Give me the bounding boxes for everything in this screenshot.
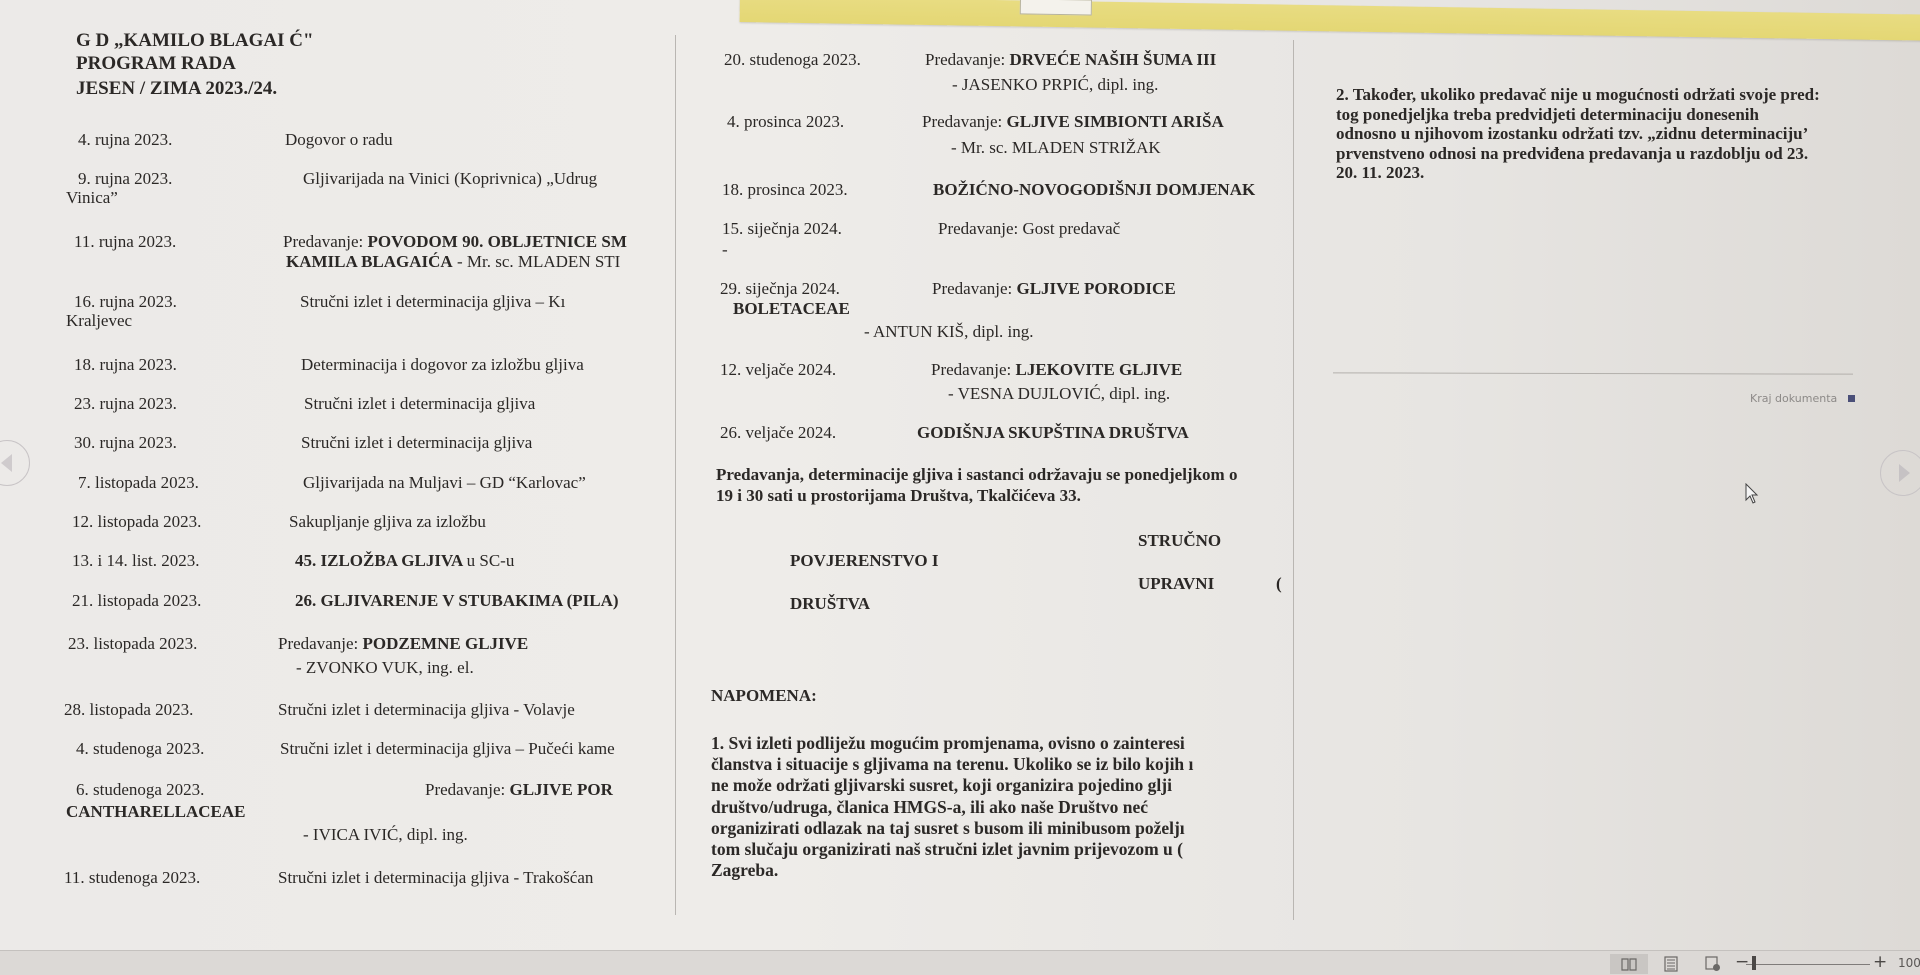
entry-continuation: Vinica”: [66, 188, 118, 207]
napomena-note-1-line: 1. Svi izleti podliježu mogućim promjena…: [711, 734, 1289, 753]
previous-page-button[interactable]: [0, 440, 30, 486]
web-layout-button[interactable]: [1694, 954, 1732, 974]
entry-date: 11. studenoga 2023.: [64, 868, 200, 887]
entry-date: 12. veljače 2024.: [720, 360, 836, 379]
notification-banner: [740, 0, 1920, 41]
entry-continuation: BOLETACEAE: [733, 299, 850, 318]
entry-description: Predavanje: Gost predavač: [938, 219, 1120, 238]
entry-date: 20. studenoga 2023.: [724, 50, 861, 69]
entry-line2: - ZVONKO VUK, ing. el.: [296, 658, 474, 677]
zoom-slider-track[interactable]: [1746, 964, 1870, 965]
napomena-note-1-line: društvo/udruga, članica HMGS-a, ili ako …: [711, 798, 1289, 817]
book-icon: [1621, 957, 1637, 971]
entry-line2: - JASENKO PRPIĆ, dipl. ing.: [952, 75, 1158, 94]
entry-date: 21. listopada 2023.: [72, 591, 201, 610]
napomena-heading: NAPOMENA:: [711, 686, 817, 705]
napomena-note-1-line: organizirati odlazak na taj susret s bus…: [711, 819, 1289, 838]
napomena-note-2-line: prvenstveno odnosi na predviđena predava…: [1336, 144, 1920, 163]
signature-paren: (: [1276, 574, 1282, 593]
entry-description: Predavanje: PODZEMNE GLJIVE: [278, 634, 671, 653]
napomena-note-2-line: 2. Također, ukoliko predavač nije u mogu…: [1336, 85, 1920, 104]
banner-button[interactable]: [1020, 0, 1092, 16]
entry-description: Gljivarijada na Muljavi – GD “Karlovac”: [303, 473, 671, 492]
zoom-out-button[interactable]: −: [1735, 952, 1749, 972]
entry-date: 4. rujna 2023.: [78, 130, 172, 149]
entry-description: Stručni izlet i determinacija gljiva – K…: [300, 292, 671, 311]
entry-description: GODIŠNJA SKUPŠTINA DRUŠTVA: [917, 423, 1189, 442]
entry-description: Predavanje: LJEKOVITE GLJIVE: [931, 360, 1182, 379]
entry-continuation: CANTHARELLACEAE: [66, 802, 245, 821]
entry-description: Stručni izlet i determinacija gljiva – P…: [280, 739, 671, 758]
entry-line2: - VESNA DUJLOVIĆ, dipl. ing.: [948, 384, 1170, 403]
zoom-slider-thumb[interactable]: [1752, 956, 1756, 970]
entry-description: Sakupljanje gljiva za izložbu: [289, 512, 671, 531]
entry-continuation: -: [722, 240, 728, 259]
entry-description: 45. IZLOŽBA GLJIVA u SC-u: [295, 551, 671, 570]
entry-description: Predavanje: DRVEĆE NAŠIH ŠUMA III: [925, 50, 1216, 69]
signature-strucno: STRUČNO: [1138, 531, 1221, 550]
zoom-level-label: 100: [1898, 956, 1920, 970]
entry-description: Predavanje: GLJIVE POR: [425, 780, 671, 799]
entry-date: 9. rujna 2023.: [78, 169, 172, 188]
entry-date: 16. rujna 2023.: [74, 292, 177, 311]
entry-date: 4. prosinca 2023.: [727, 112, 844, 131]
entry-continuation: Kraljevec: [66, 311, 132, 330]
entry-date: 26. veljače 2024.: [720, 423, 836, 442]
napomena-note-2-line: tog ponedjeljka treba predvidjeti determ…: [1336, 105, 1920, 124]
entry-description: Determinacija i dogovor za izložbu gljiv…: [301, 355, 671, 374]
entry-line2: - Mr. sc. MLADEN STRIŽAK: [951, 138, 1161, 157]
entry-date: 23. rujna 2023.: [74, 394, 177, 413]
entry-line2: - ANTUN KIŠ, dipl. ing.: [864, 322, 1034, 341]
signature-drustva: DRUŠTVA: [790, 594, 870, 613]
meetings-note-line2: 19 i 30 sati u prostorijama Društva, Tka…: [716, 486, 1081, 506]
napomena-note-2-line: odnosno u njihovom izostanku održati tzv…: [1336, 124, 1920, 143]
entry-description: Gljivarijada na Vinici (Koprivnica) „Udr…: [303, 169, 671, 188]
entry-date: 15. siječnja 2024.: [722, 219, 842, 238]
entry-description: Dogovor o radu: [285, 130, 671, 149]
entry-date: 6. studenoga 2023.: [76, 780, 204, 799]
doc-title-line1: G D „KAMILO BLAGAI Ć": [76, 30, 314, 52]
entry-date: 13. i 14. list. 2023.: [72, 551, 200, 570]
entry-description: Stručni izlet i determinacija gljiva - V…: [278, 700, 671, 719]
arrow-left-icon: [1, 454, 12, 472]
web-layout-icon: [1705, 956, 1721, 972]
entry-date: 18. rujna 2023.: [74, 355, 177, 374]
column-divider-2: [1293, 40, 1294, 920]
document-page: G D „KAMILO BLAGAI Ć" PROGRAM RADA JESEN…: [0, 0, 1920, 950]
entry-date: 4. studenoga 2023.: [76, 739, 204, 758]
end-of-document-line: [1333, 372, 1853, 374]
meetings-note-line1: Predavanja, determinacije gljiva i sasta…: [716, 465, 1291, 485]
signature-povjerenstvo: POVJERENSTVO I: [790, 551, 938, 570]
next-page-button[interactable]: [1880, 450, 1920, 496]
entry-date: 12. listopada 2023.: [72, 512, 201, 531]
read-mode-button[interactable]: [1610, 954, 1648, 974]
status-bar: − + 100: [0, 950, 1920, 975]
napomena-note-1-line: članstva i situacije s gljivama na teren…: [711, 755, 1289, 774]
entry-description: Predavanje: GLJIVE PORODICE: [932, 279, 1176, 298]
napomena-note-1-line: tom slučaju organizirati naš stručni izl…: [711, 840, 1289, 859]
napomena-note-1-line: Zagreba.: [711, 861, 1289, 880]
zoom-in-button[interactable]: +: [1873, 952, 1887, 972]
napomena-note-1-line: ne može održati gljivarski susret, koji …: [711, 776, 1289, 795]
entry-description: Stručni izlet i determinacija gljiva: [301, 433, 671, 452]
doc-title-line3: JESEN / ZIMA 2023./24.: [76, 78, 277, 100]
entry-date: 29. siječnja 2024.: [720, 279, 840, 298]
entry-date: 18. prosinca 2023.: [722, 180, 848, 199]
entry-description: BOŽIĆNO-NOVOGODIŠNJI DOMJENAK: [933, 180, 1255, 199]
entry-date: 7. listopada 2023.: [78, 473, 199, 492]
entry-description: Predavanje: POVODOM 90. OBLJETNICE SM: [283, 232, 671, 251]
entry-line2: KAMILA BLAGAIĆA - Mr. sc. MLADEN STI: [286, 252, 671, 271]
entry-description: Predavanje: GLJIVE SIMBIONTI ARIŠA: [922, 112, 1224, 131]
mouse-cursor-icon: [1745, 483, 1759, 505]
page-icon: [1664, 956, 1678, 972]
entry-line2: - IVICA IVIĆ, dipl. ing.: [303, 825, 468, 844]
entry-date: 11. rujna 2023.: [74, 232, 176, 251]
entry-date: 30. rujna 2023.: [74, 433, 177, 452]
print-layout-button[interactable]: [1652, 954, 1690, 974]
end-of-document-marker: [1848, 395, 1855, 402]
entry-description: Stručni izlet i determinacija gljiva - T…: [278, 868, 671, 887]
signature-upravni: UPRAVNI: [1138, 574, 1214, 593]
entry-date: 23. listopada 2023.: [68, 634, 197, 653]
arrow-right-icon: [1899, 464, 1910, 482]
entry-description: 26. GLJIVARENJE V STUBAKIMA (PILA): [295, 591, 671, 610]
doc-title-line2: PROGRAM RADA: [76, 53, 236, 75]
entry-date: 28. listopada 2023.: [64, 700, 193, 719]
entry-description: Stručni izlet i determinacija gljiva: [304, 394, 671, 413]
napomena-note-2-line: 20. 11. 2023.: [1336, 163, 1920, 182]
end-of-document-label: Kraj dokumenta: [1750, 392, 1837, 405]
column-divider-1: [675, 35, 676, 915]
